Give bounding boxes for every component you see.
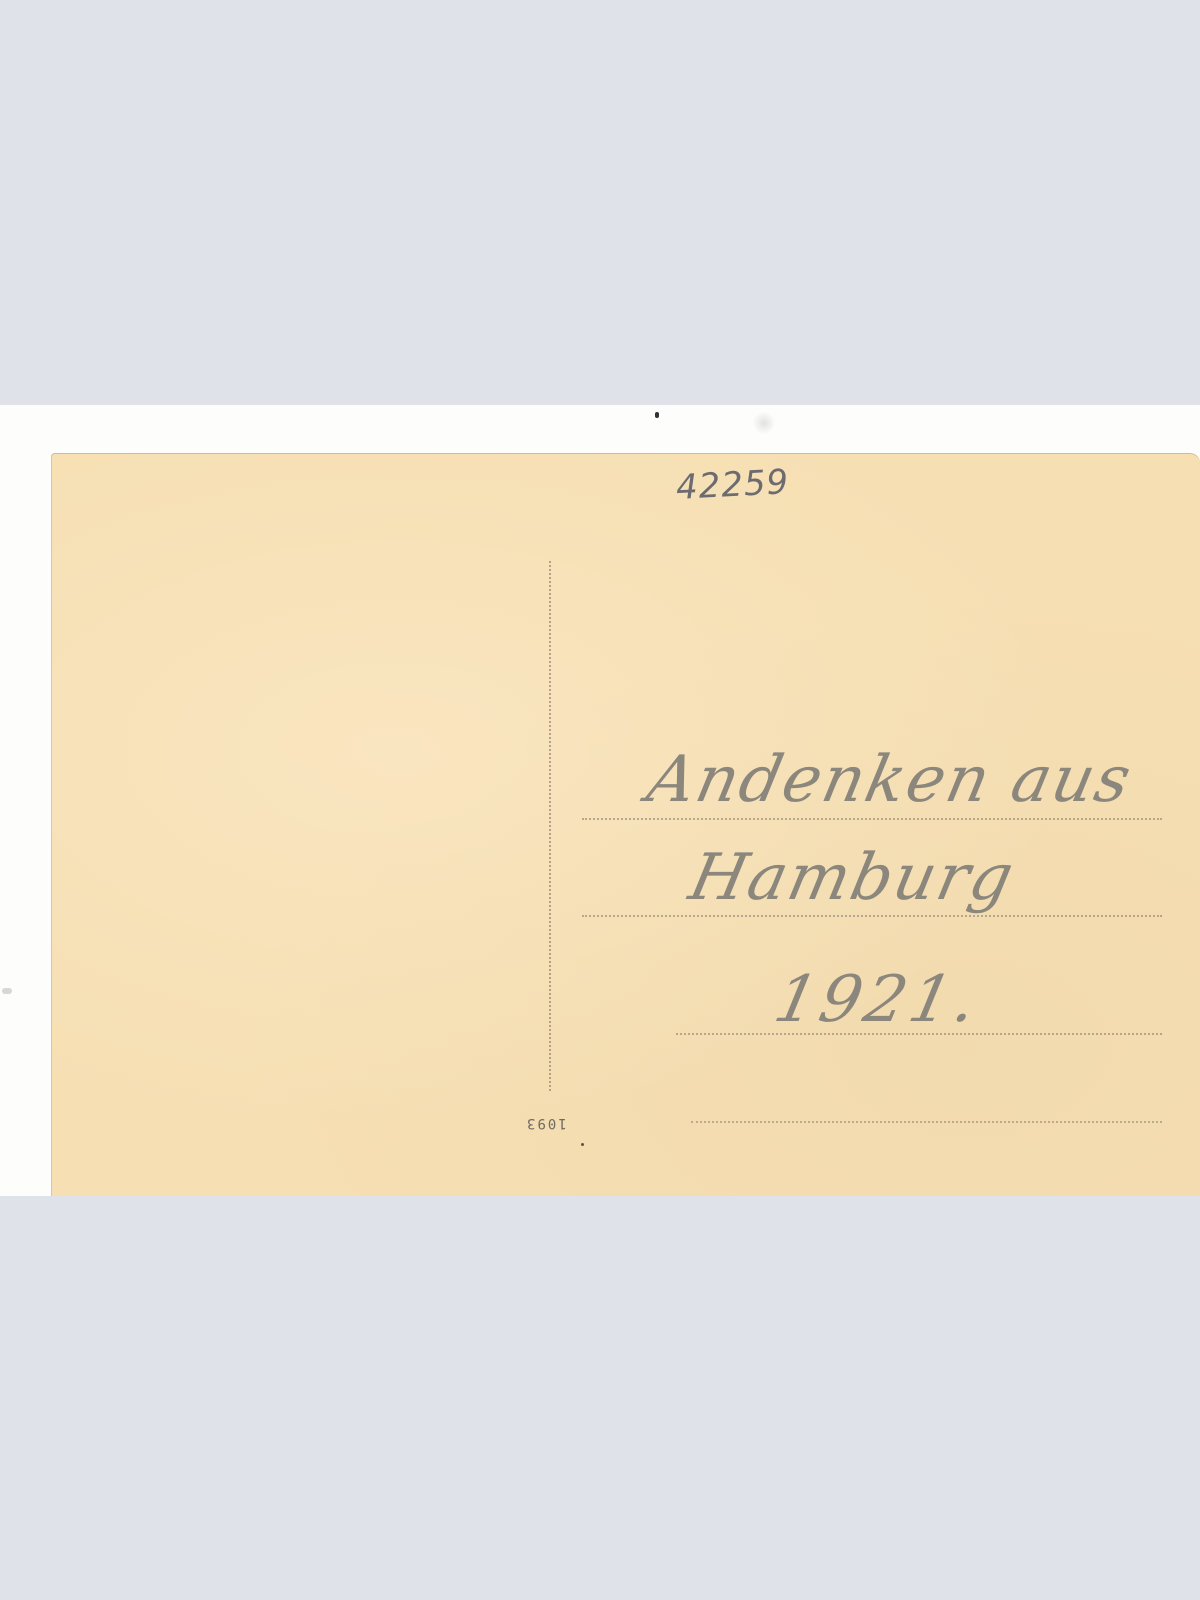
dust-speck <box>655 412 659 418</box>
address-line-4 <box>691 1121 1162 1123</box>
printer-code: 1093 <box>525 1115 567 1131</box>
scan-smudge <box>752 412 776 434</box>
edge-mark <box>2 988 12 994</box>
ink-spot <box>581 1143 584 1146</box>
address-line-2 <box>582 915 1162 917</box>
handwritten-greeting: Andenken aus <box>641 743 1139 817</box>
archive-number: 42259 <box>675 462 790 508</box>
bottom-background <box>0 1196 1200 1600</box>
center-divider-line <box>549 561 551 1091</box>
handwritten-city: Hamburg <box>683 841 1021 915</box>
handwritten-year: 1921. <box>768 963 987 1037</box>
postcard-back: 42259 Andenken aus Hamburg 1921. 1093 <box>51 453 1200 1196</box>
address-line-3 <box>676 1033 1162 1035</box>
address-line-1 <box>582 818 1162 820</box>
